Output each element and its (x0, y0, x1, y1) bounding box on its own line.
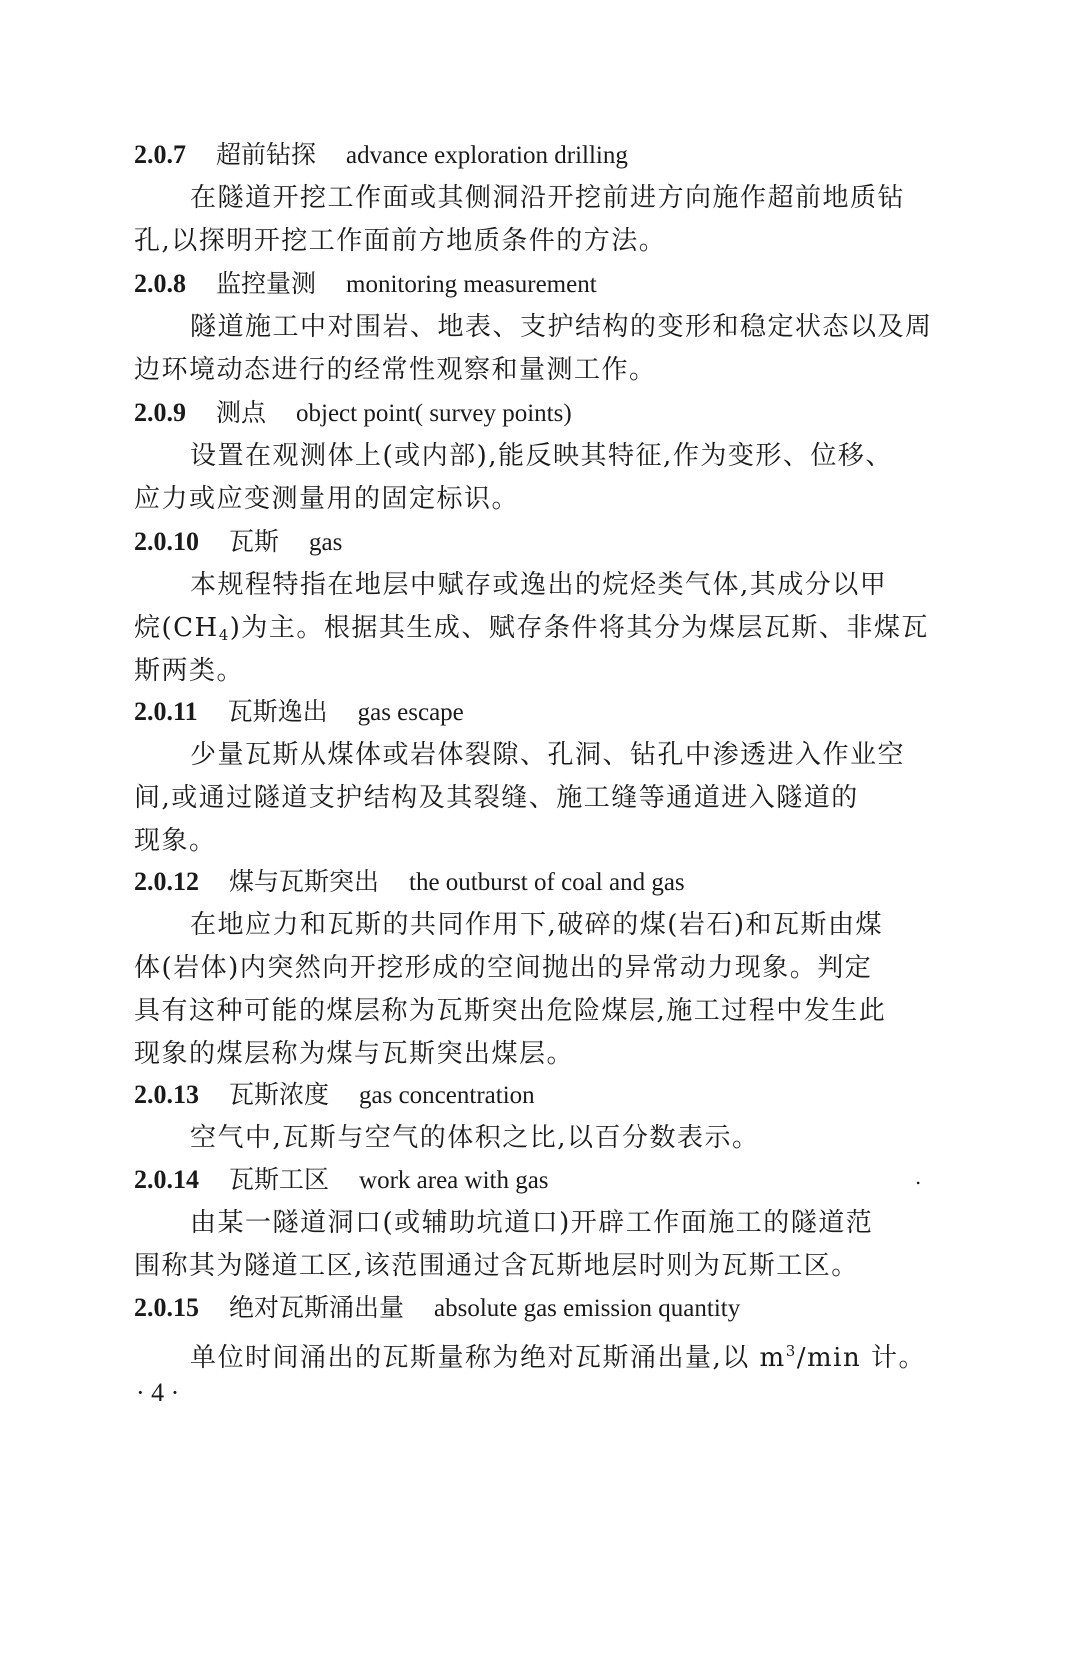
definition-line: 具有这种可能的煤层称为瓦斯突出危险煤层,施工过程中发生此 (134, 991, 886, 1031)
term-heading: 2.0.10瓦斯gas (134, 522, 342, 563)
term-number: 2.0.14 (134, 1160, 199, 1200)
term-chinese: 瓦斯浓度 (229, 1075, 329, 1115)
definition-line: 烷(CH4)为主。根据其生成、赋存条件将其分为煤层瓦斯、非煤瓦 (134, 608, 929, 655)
definition-line: 现象的煤层称为煤与瓦斯突出煤层。 (134, 1034, 574, 1074)
definition-line: 空气中,瓦斯与空气的体积之比,以百分数表示。 (190, 1118, 760, 1158)
text-fragment: /min 计。 (797, 1343, 926, 1373)
term-number: 2.0.7 (134, 135, 186, 175)
subscript: 4 (219, 626, 230, 644)
text-fragment: 单位时间涌出的瓦斯量称为绝对瓦斯涌出量,以 m (190, 1343, 786, 1373)
definition-line: 边环境动态进行的经常性观察和量测工作。 (134, 350, 657, 390)
term-chinese: 绝对瓦斯涌出量 (229, 1288, 404, 1328)
term-english: gas concentration (359, 1076, 535, 1116)
definition-line: 现象。 (134, 821, 217, 861)
scan-artifact-dot: . (915, 1165, 921, 1189)
term-english: monitoring measurement (346, 265, 597, 305)
term-number: 2.0.11 (134, 692, 198, 732)
definition-line: 本规程特指在地层中赋存或逸出的烷烃类气体,其成分以甲 (190, 565, 887, 605)
term-english: the outburst of coal and gas (409, 863, 685, 903)
term-chinese: 煤与瓦斯突出 (229, 862, 379, 902)
term-heading: 2.0.11瓦斯逸出gas escape (134, 692, 464, 733)
term-chinese: 瓦斯逸出 (228, 692, 328, 732)
term-number: 2.0.13 (134, 1075, 199, 1115)
definition-line: 围称其为隧道工区,该范围通过含瓦斯地层时则为瓦斯工区。 (134, 1246, 859, 1286)
definition-line: 少量瓦斯从煤体或岩体裂隙、孔洞、钻孔中渗透进入作业空 (190, 735, 905, 775)
definition-line: 斯两类。 (134, 651, 244, 691)
term-heading: 2.0.7超前钻探advance exploration drilling (134, 135, 628, 176)
term-number: 2.0.12 (134, 862, 199, 902)
text-fragment: )为主。根据其生成、赋存条件将其分为煤层瓦斯、非煤瓦 (230, 613, 929, 643)
term-number: 2.0.9 (134, 393, 186, 433)
definition-line: 体(岩体)内突然向开挖形成的空间抛出的异常动力现象。判定 (134, 948, 872, 988)
term-heading: 2.0.8监控量测monitoring measurement (134, 264, 597, 305)
definition-line: 由某一隧道洞口(或辅助坑道口)开辟工作面施工的隧道范 (190, 1203, 873, 1243)
definition-line: 孔,以探明开挖工作面前方地质条件的方法。 (134, 221, 666, 261)
definition-line: 隧道施工中对围岩、地表、支护结构的变形和稳定状态以及周 (190, 307, 933, 347)
term-number: 2.0.15 (134, 1288, 199, 1328)
term-english: gas (309, 523, 342, 563)
term-heading: 2.0.9测点object point( survey points) (134, 393, 572, 434)
page-number: · 4 · (136, 1378, 179, 1408)
term-english: advance exploration drilling (346, 136, 628, 176)
term-heading: 2.0.15绝对瓦斯涌出量absolute gas emission quant… (134, 1288, 740, 1329)
term-chinese: 测点 (216, 393, 266, 433)
term-heading: 2.0.13瓦斯浓度gas concentration (134, 1075, 535, 1116)
term-english: object point( survey points) (296, 394, 572, 434)
term-english: work area with gas (359, 1161, 549, 1201)
definition-line: 在隧道开挖工作面或其侧洞沿开挖前进方向施作超前地质钻 (190, 178, 905, 218)
term-number: 2.0.10 (134, 522, 199, 562)
definition-line: 单位时间涌出的瓦斯量称为绝对瓦斯涌出量,以 m3/min 计。 (190, 1331, 926, 1378)
definition-line: 设置在观测体上(或内部),能反映其特征,作为变形、位移、 (190, 436, 893, 476)
term-chinese: 监控量测 (216, 264, 316, 304)
term-heading: 2.0.12煤与瓦斯突出the outburst of coal and gas (134, 862, 685, 903)
definition-line: 间,或通过隧道支护结构及其裂缝、施工缝等通道进入隧道的 (134, 778, 859, 818)
term-english: gas escape (358, 693, 464, 733)
definition-line: 应力或应变测量用的固定标识。 (134, 479, 519, 519)
superscript: 3 (786, 1342, 797, 1360)
term-chinese: 瓦斯工区 (229, 1160, 329, 1200)
text-fragment: 烷(CH (134, 613, 219, 643)
term-chinese: 瓦斯 (229, 522, 279, 562)
document-page: 2.0.7超前钻探advance exploration drilling 在隧… (0, 0, 1080, 1655)
term-number: 2.0.8 (134, 264, 186, 304)
term-heading: 2.0.14瓦斯工区work area with gas (134, 1160, 549, 1201)
term-english: absolute gas emission quantity (434, 1289, 740, 1329)
term-chinese: 超前钻探 (216, 135, 316, 175)
definition-line: 在地应力和瓦斯的共同作用下,破碎的煤(岩石)和瓦斯由煤 (190, 905, 883, 945)
